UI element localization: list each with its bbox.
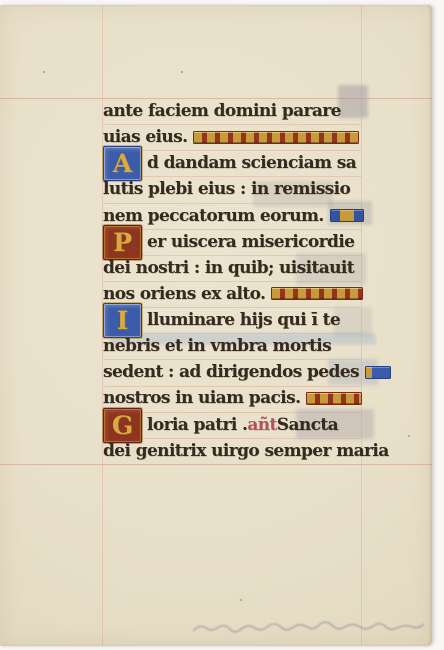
- body-text: loria patri .: [147, 412, 247, 438]
- text-line: lutis plebi eius : in remissio: [103, 176, 403, 202]
- body-text: Sancta: [277, 412, 338, 438]
- parchment-speck: [181, 71, 183, 73]
- body-text: dei genitrix uirgo semper maria: [103, 438, 389, 464]
- photo-background: ante faciem domini parareuias eius.Ad da…: [0, 0, 444, 650]
- parchment-speck: [408, 435, 410, 437]
- body-text: dei nostri : in quib; uisitauit: [103, 255, 354, 281]
- text-line: Gloria patri . añt Sancta: [103, 412, 403, 438]
- body-text: d dandam scienciam sa: [147, 150, 356, 176]
- text-block: ante faciem domini parareuias eius.Ad da…: [103, 98, 403, 464]
- line-filler: [271, 287, 363, 300]
- parchment-speck: [43, 71, 45, 73]
- text-line: dei genitrix uirgo semper maria: [103, 438, 403, 464]
- text-line: uias eius.: [103, 124, 403, 150]
- text-line: nem peccatorum eorum.: [103, 203, 403, 229]
- rubric-text: añt: [247, 412, 276, 438]
- line-filler: [330, 209, 364, 222]
- text-line: dei nostri : in quib; uisitauit: [103, 255, 403, 281]
- text-line: sedent : ad dirigendos pedes: [103, 359, 403, 385]
- text-line: Ad dandam scienciam sa: [103, 150, 403, 176]
- text-line: nostros in uiam pacis.: [103, 385, 403, 411]
- text-line: Per uiscera misericordie: [103, 229, 403, 255]
- text-line: nebris et in vmbra mortis: [103, 333, 403, 359]
- pencil-inscription-scribble: [192, 617, 424, 639]
- body-text: nebris et in vmbra mortis: [103, 333, 331, 359]
- body-text: er uiscera misericordie: [147, 229, 354, 255]
- body-text: sedent : ad dirigendos pedes: [103, 359, 359, 385]
- body-text: lutis plebi eius : in remissio: [103, 176, 350, 202]
- body-text: ante faciem domini parare: [103, 98, 341, 124]
- line-filler: [306, 392, 362, 405]
- line-filler: [365, 366, 391, 379]
- manuscript-page: ante faciem domini parareuias eius.Ad da…: [0, 5, 432, 646]
- text-line: Illuminare hijs qui ī te: [103, 307, 403, 333]
- text-line: ante faciem domini parare: [103, 98, 403, 124]
- body-text: lluminare hijs qui ī te: [147, 307, 340, 333]
- ruling-line-bottom: [0, 464, 432, 465]
- text-line: nos oriens ex alto.: [103, 281, 403, 307]
- parchment-speck: [240, 599, 242, 601]
- line-filler: [193, 131, 359, 144]
